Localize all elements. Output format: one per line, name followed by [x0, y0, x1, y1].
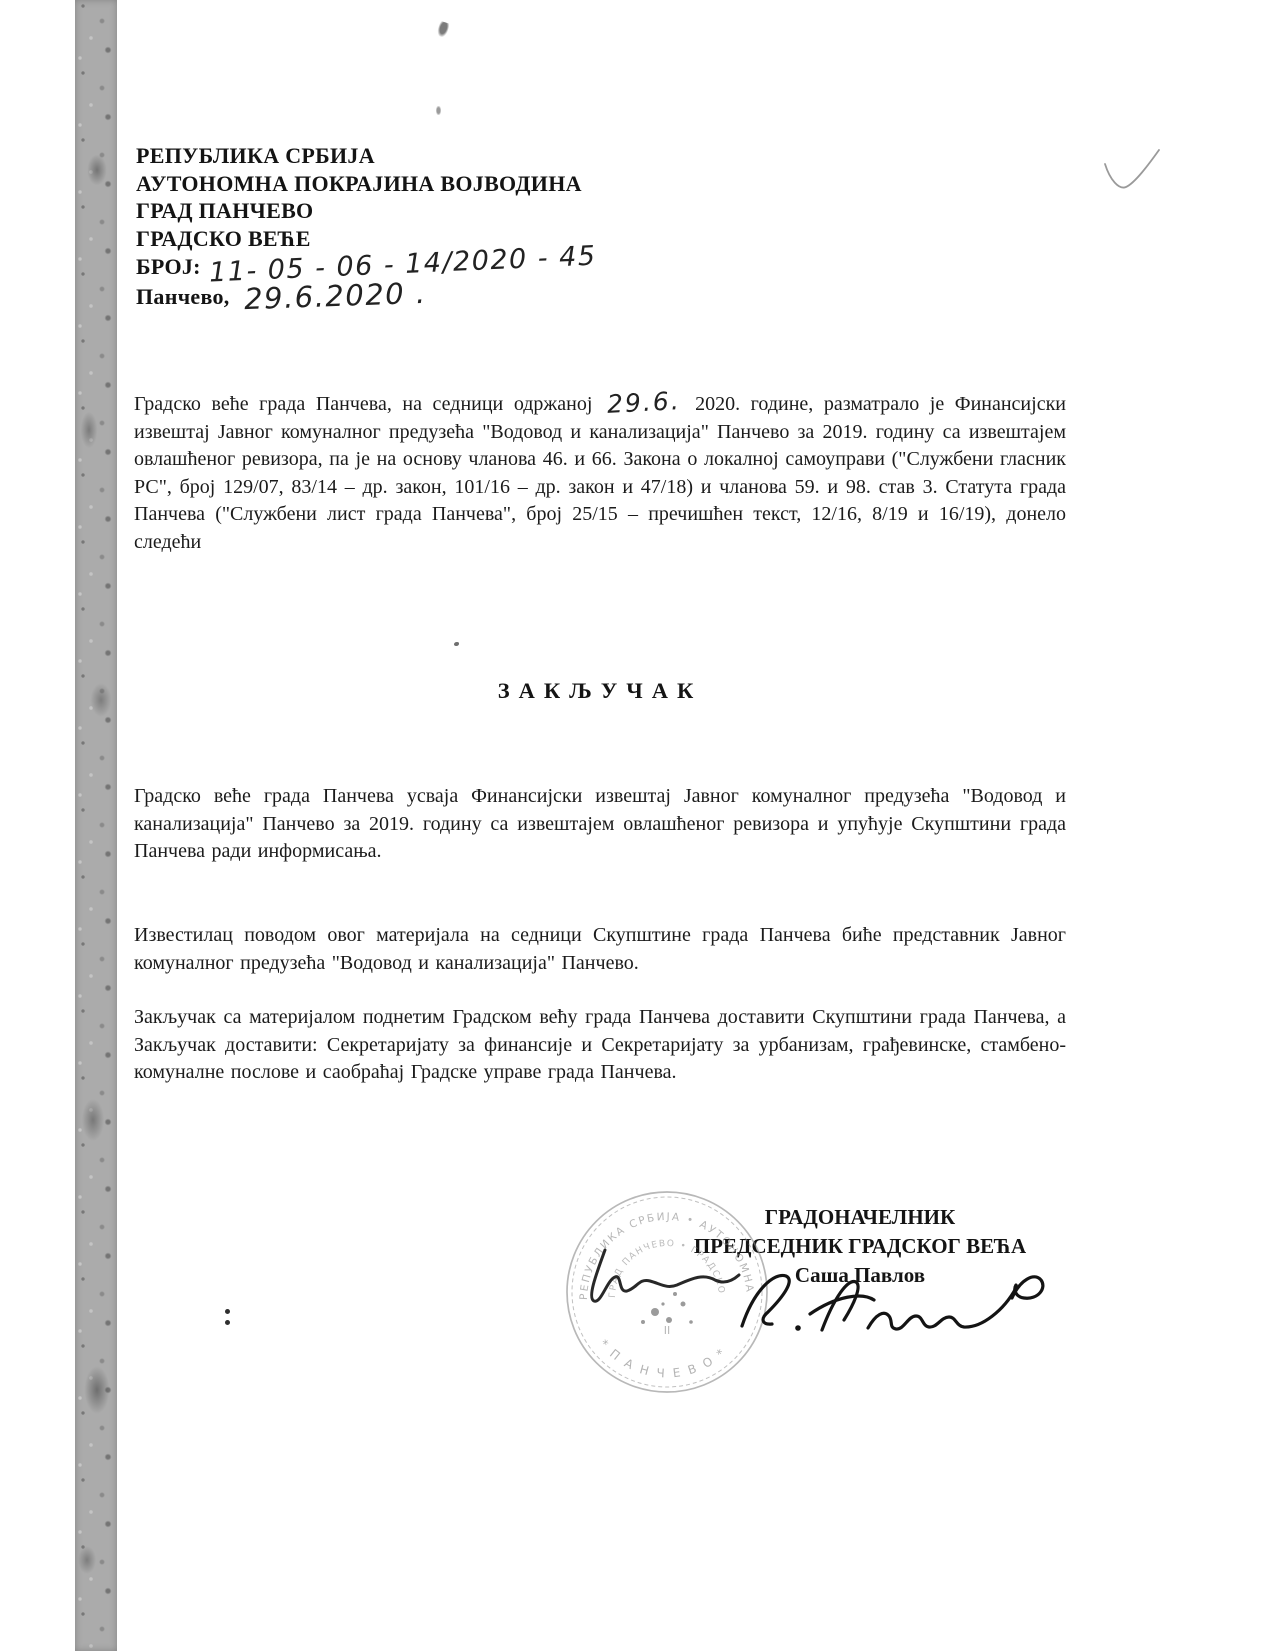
scan-speck — [436, 21, 450, 38]
number-label: БРОЈ: — [136, 254, 201, 279]
date-handwritten: 29.6.2020 . — [243, 279, 426, 313]
letterhead: РЕПУБЛИКА СРБИЈА АУТОНОМНА ПОКРАЈИНА ВОЈ… — [136, 142, 596, 310]
pen-checkmark — [1095, 138, 1167, 198]
letterhead-number-line: БРОЈ:11- 05 - 06 - 14/2020 - 45 — [136, 252, 596, 281]
document-title: ЗАКЉУЧАК — [134, 678, 1066, 704]
inline-handwritten-date: 29.6. — [602, 387, 685, 419]
checkmark-stroke — [1105, 150, 1159, 188]
signature-dot — [795, 1325, 801, 1331]
scanned-document-page: РЕПУБЛИКА СРБИЈА АУТОНОМНА ПОКРАЈИНА ВОЈ… — [0, 0, 1275, 1651]
letterhead-date-line: Панчево,29.6.2020 . — [136, 281, 596, 311]
stamp-center-mark: II — [664, 1324, 671, 1337]
letterhead-province: АУТОНОМНА ПОКРАЈИНА ВОЈВОДИНА — [136, 170, 596, 198]
letterhead-city: ГРАД ПАНЧЕВО — [136, 197, 596, 225]
scan-edge-artifact-band — [75, 0, 117, 1651]
paragraph-rapporteur: Известилац поводом овог материјала на се… — [134, 922, 1066, 977]
paragraph-distribution: Закључак са материјалом поднетим Градско… — [134, 1004, 1066, 1087]
scan-speck — [436, 106, 441, 115]
paragraph-preamble: Градско веће града Панчева, на седници о… — [134, 388, 1066, 556]
scan-colon-mark — [225, 1309, 230, 1314]
scan-speck — [454, 642, 459, 646]
stamp-ink-smudges — [641, 1292, 693, 1324]
preamble-text-before-date: Градско веће града Панчева, на седници о… — [134, 393, 592, 415]
signature-strokes — [742, 1275, 1043, 1330]
preamble-text-after-date: 2020. године, разматрало је Финансијски … — [134, 393, 1066, 553]
letterhead-country: РЕПУБЛИКА СРБИЈА — [136, 142, 596, 170]
handwritten-signature — [698, 1238, 1063, 1350]
paragraph-decision: Градско веће града Панчева усваја Финанс… — [134, 783, 1066, 866]
